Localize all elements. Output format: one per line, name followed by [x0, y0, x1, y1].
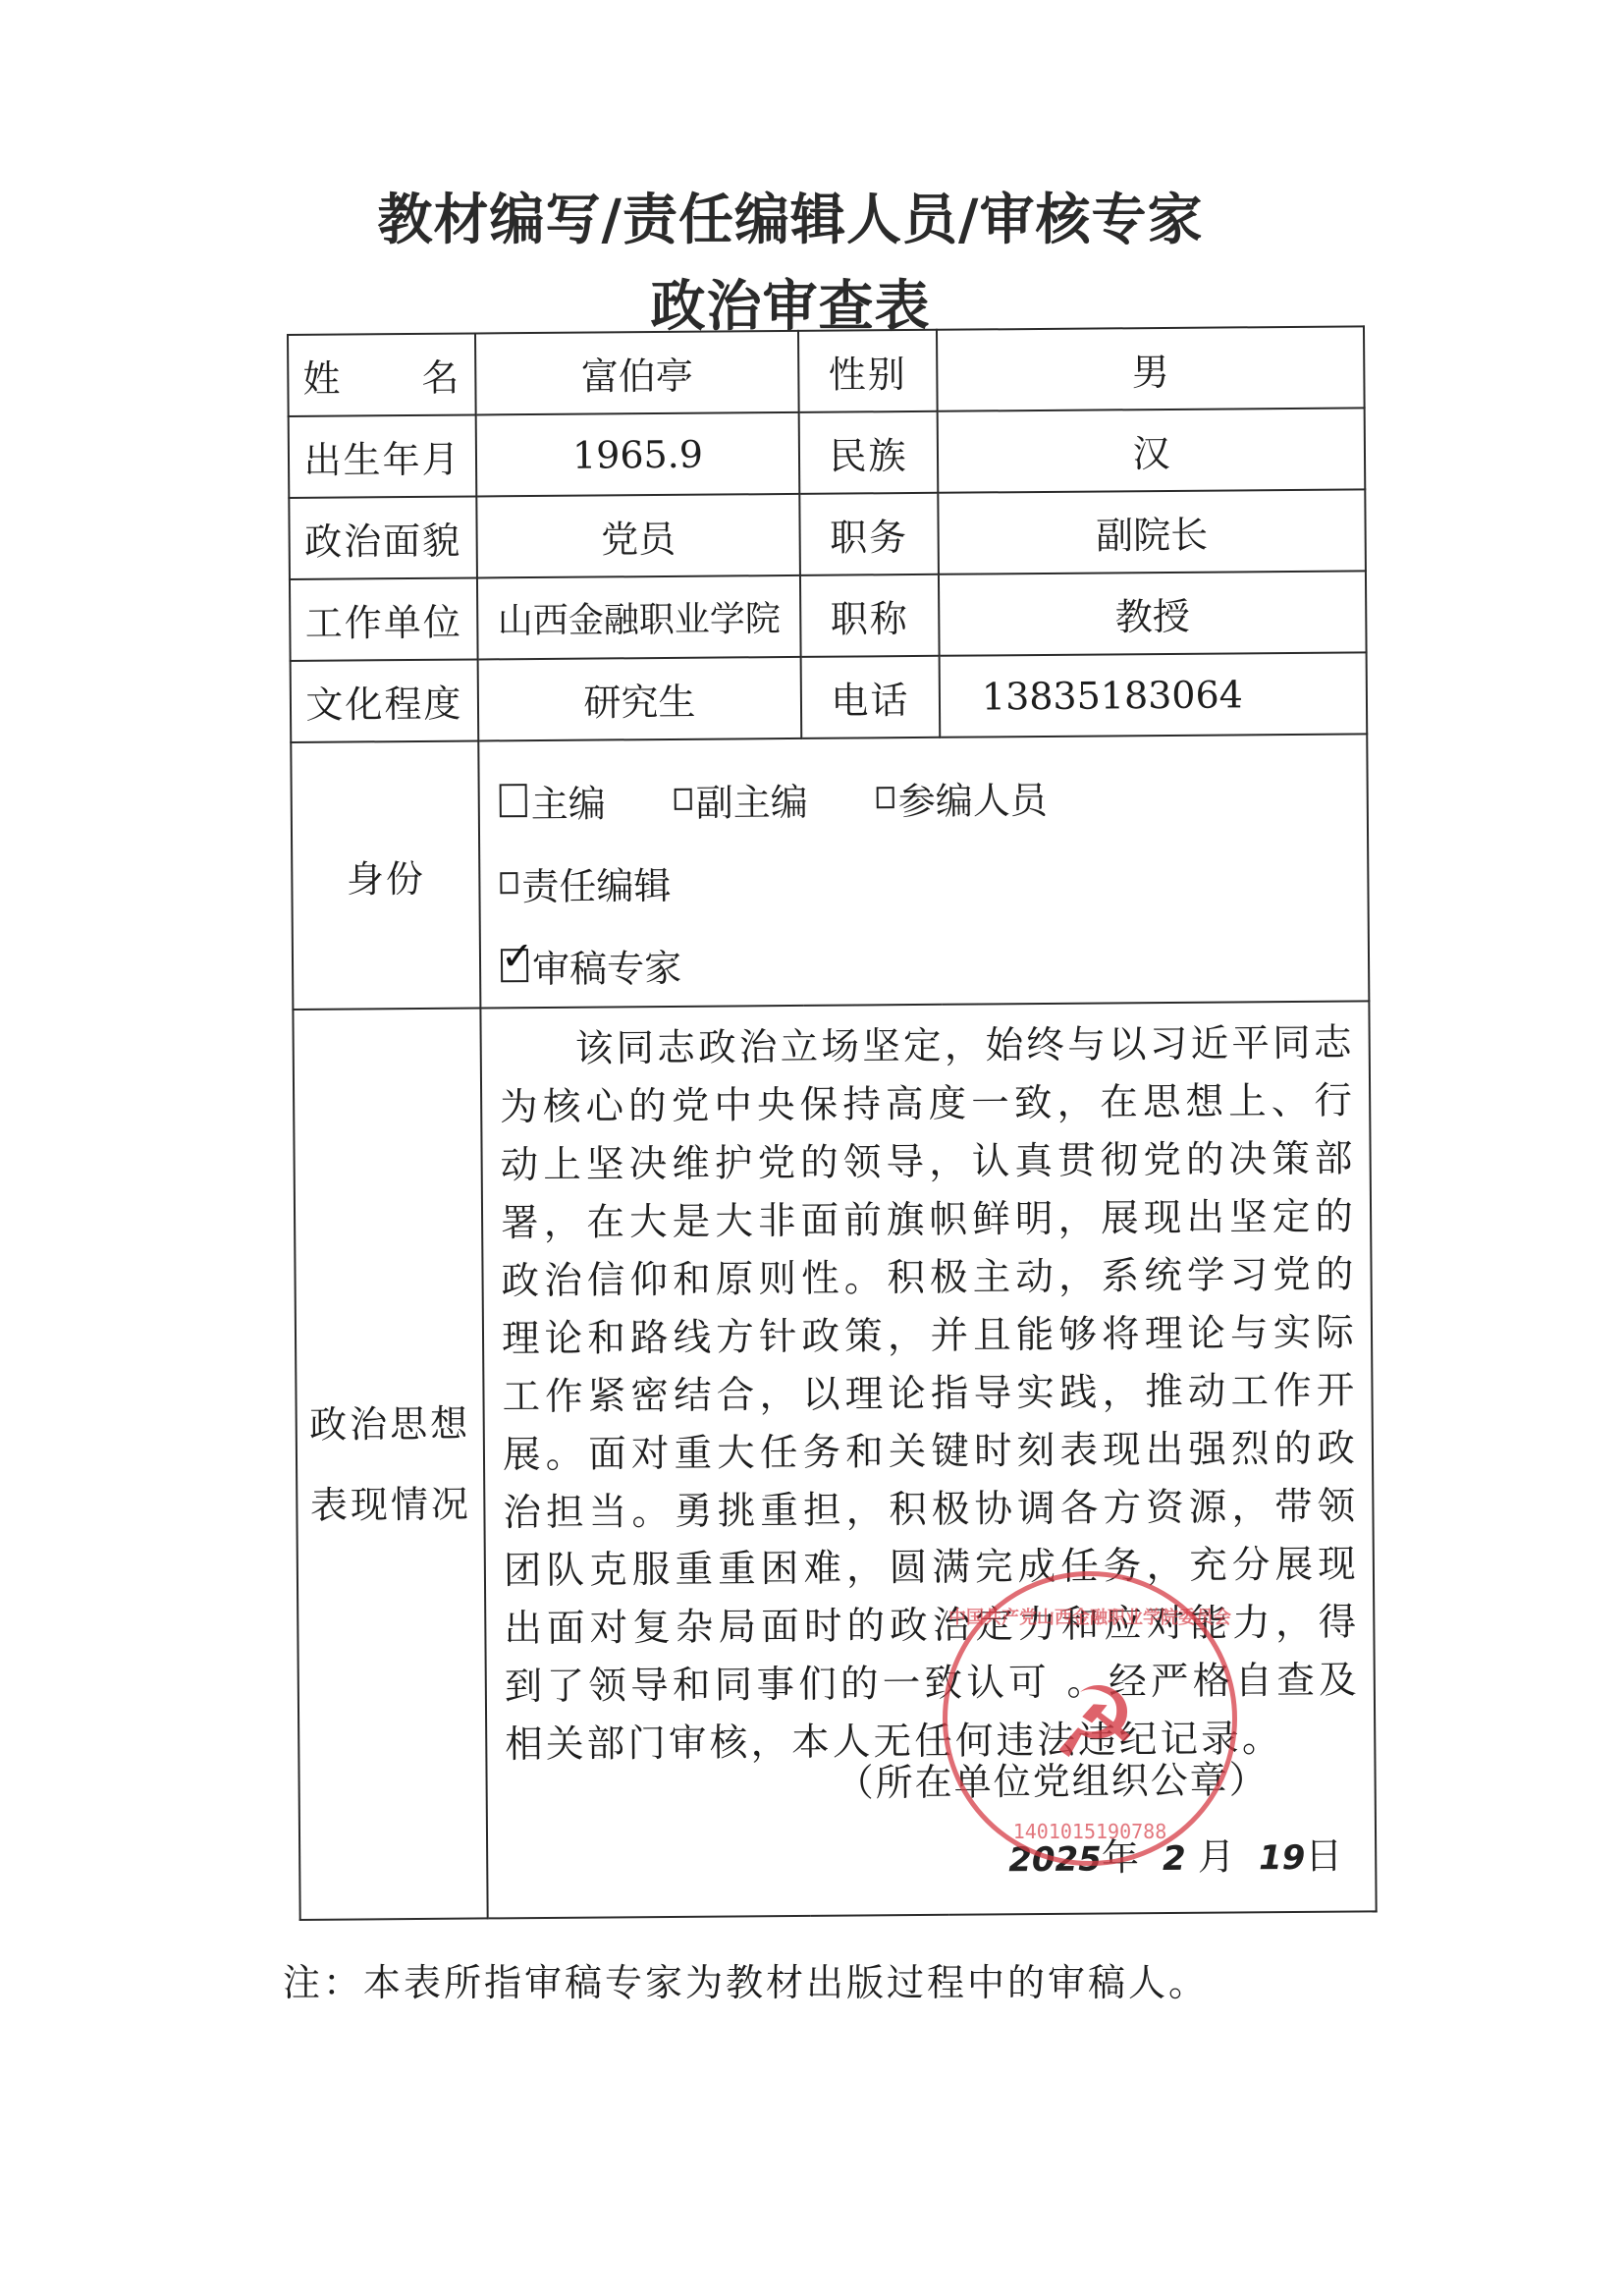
- political-value: 党员: [476, 494, 800, 578]
- row-employer: 工作单位 山西金融职业学院 职称 教授: [290, 571, 1367, 661]
- option-responsible-editor[interactable]: 责任编辑: [500, 854, 671, 909]
- position-label: 职务: [799, 493, 939, 575]
- row-political: 政治面貌 党员 职务 副院长: [289, 489, 1366, 579]
- evaluation-content: 该同志政治立场坚定，始终与以习近平同志为核心的党中央保持高度一致，在思想上、行动…: [480, 1001, 1376, 1918]
- option-deputy-editor-label: 副主编: [696, 771, 808, 826]
- gender-value: 男: [937, 326, 1365, 410]
- employer-value: 山西金融职业学院: [477, 575, 801, 660]
- gender-label: 性别: [798, 330, 938, 412]
- identity-line-2: 责任编辑: [500, 835, 1368, 924]
- name-label: 姓 名: [288, 333, 476, 415]
- option-review-expert-label: 审稿专家: [532, 937, 681, 992]
- ethnicity-value: 汉: [938, 408, 1366, 492]
- education-value: 研究生: [478, 657, 802, 741]
- title-label: 职称: [800, 574, 940, 657]
- option-contributor-label: 参编人员: [898, 769, 1048, 824]
- footnote: 注：本表所指审稿专家为教材出版过程中的审稿人。: [283, 1952, 1209, 2006]
- identity-options: 主编 副主编 参编人员 责任编辑: [478, 734, 1369, 1008]
- education-label: 文化程度: [291, 659, 479, 741]
- review-form-table: 姓 名 富伯亭 性别 男 出生年月 1965.9 民族 汉 政治面貌 党员 职务…: [287, 325, 1378, 1921]
- row-name: 姓 名 富伯亭 性别 男: [288, 326, 1365, 416]
- identity-label: 身份: [291, 740, 480, 1009]
- political-label: 政治面貌: [289, 496, 477, 578]
- date-year-unit: 年: [1102, 1835, 1139, 1879]
- option-chief-editor-label: 主编: [531, 773, 606, 828]
- date-month: 2: [1163, 1839, 1186, 1879]
- phone-value: 13835183064: [940, 652, 1368, 737]
- date-day: 19: [1259, 1838, 1306, 1878]
- employer-label: 工作单位: [290, 577, 478, 660]
- identity-line-3: ✓ 审稿专家: [501, 917, 1369, 1007]
- identity-line-1: 主编 副主编 参编人员: [499, 752, 1367, 842]
- row-evaluation: 政治思想 表现情况 该同志政治立场坚定，始终与以习近平同志为核心的党中央保持高度…: [293, 1001, 1376, 1920]
- evaluation-text: 该同志政治立场坚定，始终与以习近平同志为核心的党中央保持高度一致，在思想上、行动…: [499, 1013, 1360, 1774]
- checkbox-responsible-editor[interactable]: [500, 872, 517, 894]
- birth-value: 1965.9: [476, 412, 800, 497]
- evaluation-label: 政治思想 表现情况: [293, 1008, 487, 1919]
- checkbox-chief-editor[interactable]: [500, 784, 527, 817]
- date-month-unit: 月: [1198, 1834, 1235, 1878]
- form-title-line1: 教材编写/责任编辑人员/审核专家: [0, 177, 1581, 255]
- evaluation-label-line1: 政治思想: [297, 1383, 483, 1464]
- position-value: 副院长: [938, 489, 1366, 574]
- ethnicity-label: 民族: [799, 411, 939, 494]
- option-contributor[interactable]: 参编人员: [877, 769, 1048, 824]
- birth-label: 出生年月: [289, 414, 477, 497]
- row-education: 文化程度 研究生 电话 13835183064: [291, 652, 1368, 742]
- row-identity: 身份 主编 副主编 参编人员 责任编辑: [291, 734, 1369, 1010]
- evaluation-label-line2: 表现情况: [298, 1463, 484, 1545]
- checkbox-deputy-editor[interactable]: [675, 789, 692, 810]
- check-mark-icon: ✓: [501, 937, 534, 976]
- checkbox-review-expert[interactable]: ✓: [501, 949, 528, 982]
- date-year: 2025: [1008, 1840, 1102, 1881]
- option-deputy-editor[interactable]: 副主编: [675, 771, 808, 826]
- signature-date: 2025年 2 月 19日: [1008, 1826, 1343, 1883]
- name-value: 富伯亭: [475, 331, 799, 415]
- option-chief-editor[interactable]: 主编: [500, 773, 606, 828]
- row-birth: 出生年月 1965.9 民族 汉: [289, 408, 1366, 498]
- date-day-unit: 日: [1305, 1834, 1342, 1878]
- option-review-expert[interactable]: ✓ 审稿专家: [501, 937, 681, 992]
- option-responsible-editor-label: 责任编辑: [521, 854, 671, 909]
- phone-label: 电话: [801, 656, 941, 738]
- title-value: 教授: [939, 571, 1367, 655]
- seal-caption: （所在单位党组织公章）: [836, 1749, 1268, 1806]
- checkbox-contributor[interactable]: [877, 787, 894, 808]
